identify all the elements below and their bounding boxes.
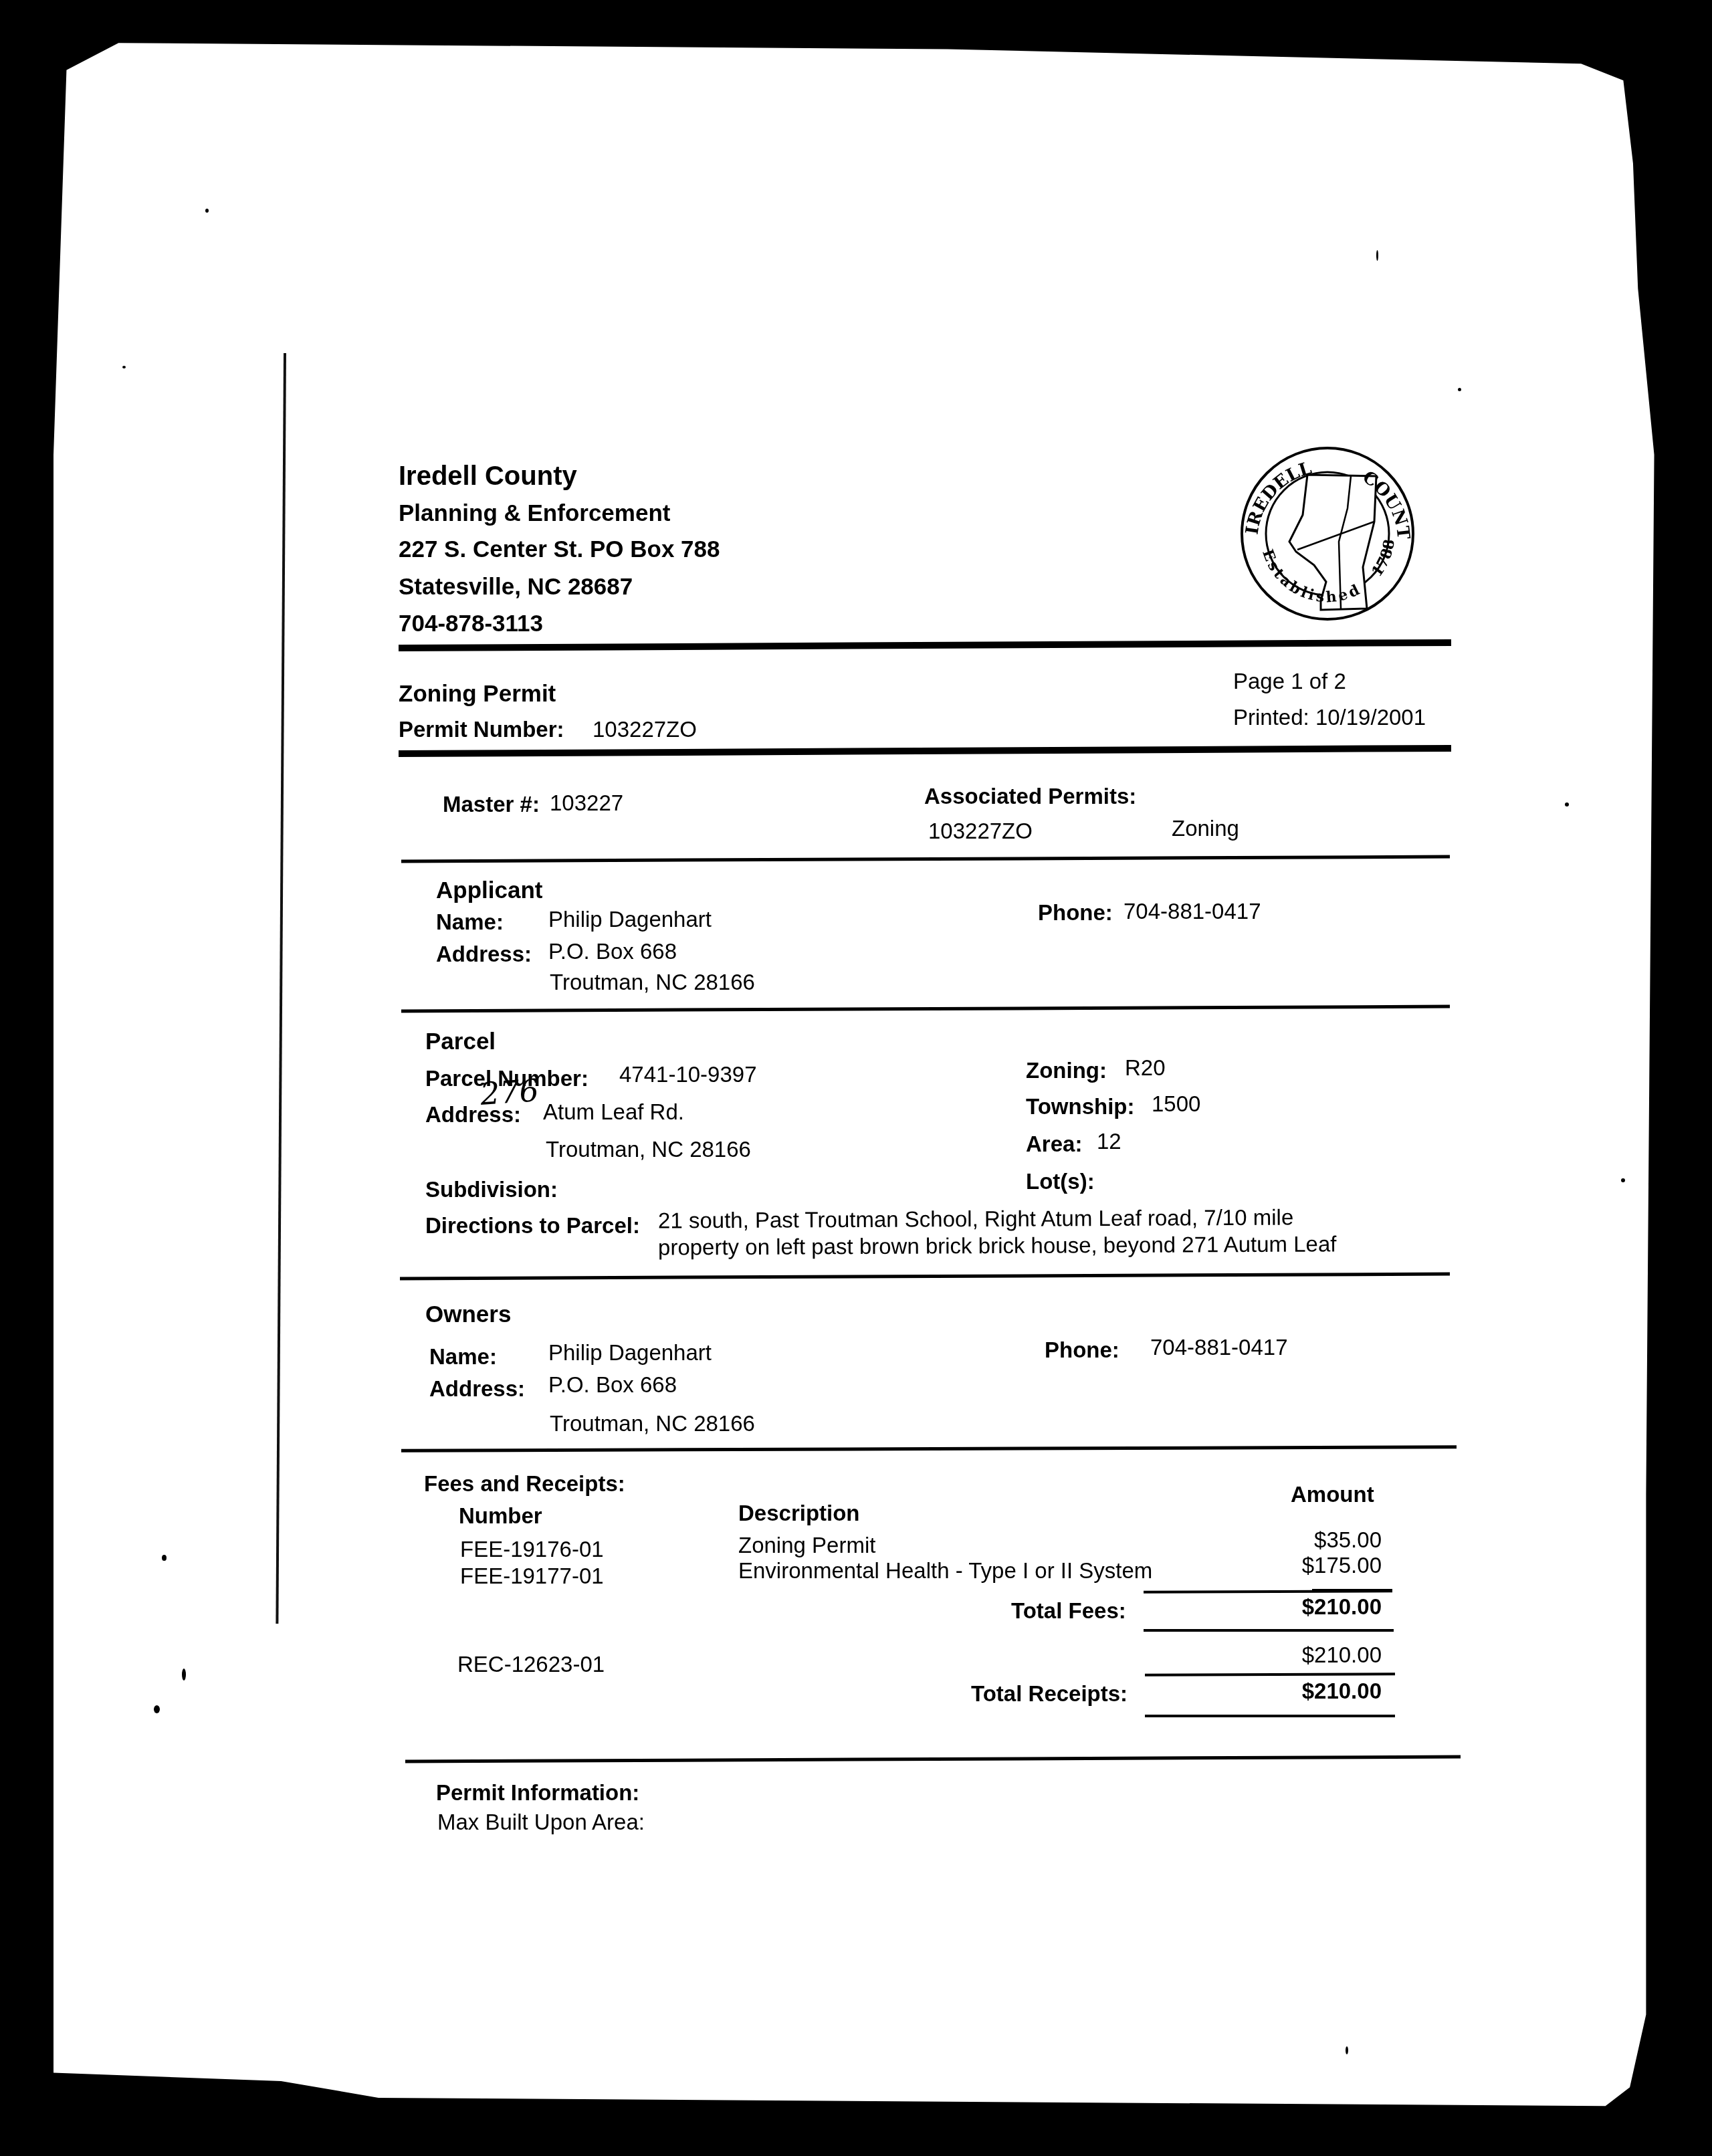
permit-number-label: Permit Number:: [399, 717, 564, 742]
scan-speck: [122, 366, 126, 368]
owner-address-label: Address:: [429, 1376, 525, 1402]
owner-address-line1: P.O. Box 668: [548, 1372, 677, 1398]
fees-col-amount: Amount: [1291, 1482, 1374, 1507]
township-label: Township:: [1026, 1094, 1135, 1119]
scanned-page: [53, 39, 1679, 2119]
area-value: 12: [1097, 1129, 1121, 1154]
total-receipts-amount: $210.00: [1257, 1679, 1382, 1704]
scan-speck: [162, 1555, 167, 1561]
subdivision-label: Subdivision:: [425, 1177, 558, 1202]
applicant-phone-label: Phone:: [1038, 900, 1113, 926]
fee-description: Zoning Permit: [738, 1533, 875, 1558]
page-indicator: Page 1 of 2: [1233, 669, 1346, 694]
total-fees-label: Total Fees:: [1011, 1598, 1126, 1624]
scan-speck: [1376, 250, 1378, 261]
parcel-address-line1: Atum Leaf Rd.: [543, 1099, 684, 1125]
county-seal-icon: IREDELL COUNTY Established 1788: [1230, 441, 1424, 622]
agency-department: Planning & Enforcement: [399, 500, 670, 527]
printed-date: Printed: 10/19/2001: [1233, 705, 1426, 730]
permit-number: 103227ZO: [593, 717, 697, 742]
associated-permits-label: Associated Permits:: [924, 784, 1136, 809]
applicant-heading: Applicant: [436, 877, 542, 904]
max-built-upon-area-label: Max Built Upon Area:: [437, 1810, 645, 1835]
scan-speck: [182, 1668, 186, 1681]
applicant-address-label: Address:: [436, 942, 532, 967]
parcel-number: 4741-10-9397: [619, 1062, 757, 1087]
permit-info-heading: Permit Information:: [436, 1780, 639, 1806]
fees-col-number: Number: [459, 1503, 542, 1529]
fee-number: FEE-19177-01: [460, 1564, 604, 1589]
scan-speck: [1565, 802, 1569, 806]
applicant-phone: 704-881-0417: [1123, 899, 1261, 924]
svg-text:1788: 1788: [1368, 538, 1398, 580]
lots-label: Lot(s):: [1026, 1169, 1095, 1194]
fee-description: Environmental Health - Type I or II Syst…: [738, 1558, 1152, 1584]
applicant-address-line2: Troutman, NC 28166: [550, 970, 755, 995]
receipt-amount: $210.00: [1257, 1642, 1382, 1668]
total-fees-bottom-rule: [1144, 1629, 1394, 1632]
agency-name: Iredell County: [399, 461, 577, 492]
associated-permit-number: 103227ZO: [928, 819, 1033, 844]
associated-permit-type: Zoning: [1172, 816, 1239, 841]
owner-phone: 704-881-0417: [1150, 1335, 1288, 1360]
applicant-address-line1: P.O. Box 668: [548, 939, 677, 964]
fees-heading: Fees and Receipts:: [424, 1471, 625, 1497]
directions-label: Directions to Parcel:: [425, 1213, 640, 1238]
scan-speck: [1621, 1178, 1625, 1182]
parcel-heading: Parcel: [425, 1029, 496, 1055]
total-receipts-bottom-rule: [1145, 1715, 1395, 1717]
owner-name: Philip Dagenhart: [548, 1340, 712, 1366]
scan-speck: [205, 209, 209, 213]
applicant-name-label: Name:: [436, 909, 504, 935]
master-number: 103227: [550, 790, 623, 816]
scan-speck: [154, 1705, 160, 1713]
scan-smudge: [374, 2130, 421, 2139]
parcel-address-line2: Troutman, NC 28166: [546, 1137, 751, 1162]
zoning-label: Zoning:: [1026, 1058, 1107, 1083]
fee-number: FEE-19176-01: [460, 1537, 604, 1562]
master-label: Master #:: [443, 792, 540, 817]
owners-heading: Owners: [425, 1301, 511, 1328]
total-receipts-label: Total Receipts:: [971, 1681, 1128, 1707]
township-value: 1500: [1152, 1091, 1200, 1117]
owner-name-label: Name:: [429, 1344, 497, 1370]
agency-phone: 704-878-3113: [399, 611, 543, 637]
owner-address-line2: Troutman, NC 28166: [550, 1411, 755, 1436]
directions-line2: property on left past brown brick brick …: [658, 1231, 1337, 1260]
fee-amount: $35.00: [1257, 1527, 1382, 1553]
agency-city: Statesville, NC 28687: [399, 574, 633, 601]
permit-title: Zoning Permit: [399, 681, 556, 708]
fee-amount: $175.00: [1257, 1553, 1382, 1578]
area-label: Area:: [1026, 1131, 1082, 1157]
owner-phone-label: Phone:: [1045, 1337, 1119, 1363]
directions-line1: 21 south, Past Troutman School, Right At…: [658, 1205, 1293, 1234]
scan-speck: [1458, 388, 1461, 391]
fees-col-description: Description: [738, 1501, 860, 1526]
receipt-number: REC-12623-01: [457, 1652, 605, 1677]
agency-street: 227 S. Center St. PO Box 788: [399, 536, 720, 563]
zoning-value: R20: [1125, 1055, 1166, 1081]
handwritten-house-number: 276: [479, 1075, 540, 1109]
scan-speck: [1346, 2046, 1348, 2054]
applicant-name: Philip Dagenhart: [548, 907, 712, 932]
total-fees-amount: $210.00: [1257, 1594, 1382, 1620]
